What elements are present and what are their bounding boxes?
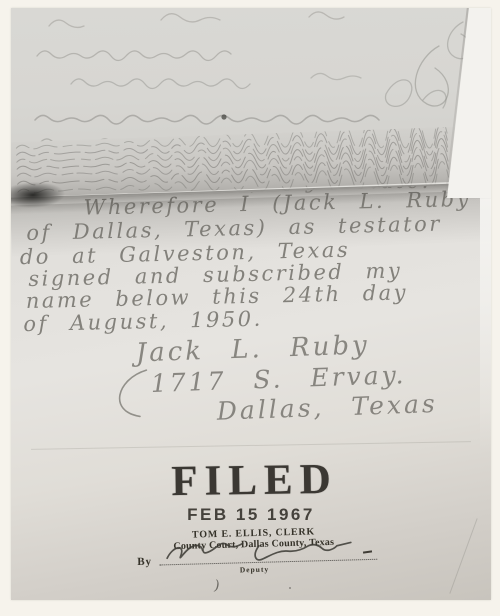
clerk-stamp: TOM E. ELLIS, CLERK County Court, Dallas… — [128, 526, 379, 578]
signature-flourish — [108, 366, 154, 424]
fold-dark-shadow — [11, 181, 65, 209]
photograph: of my estate. Wherefore I (Jack L. Ruby … — [11, 8, 491, 600]
photo-page: { "meta": { "description": "Black-and-wh… — [0, 0, 500, 616]
filed-stamp-text: FILED — [11, 453, 491, 509]
by-label: By — [137, 556, 152, 568]
filed-stamp-date: FEB 15 1967 — [11, 505, 491, 525]
clerk-signature-scribble — [163, 535, 369, 568]
stray-dot — [289, 587, 291, 589]
